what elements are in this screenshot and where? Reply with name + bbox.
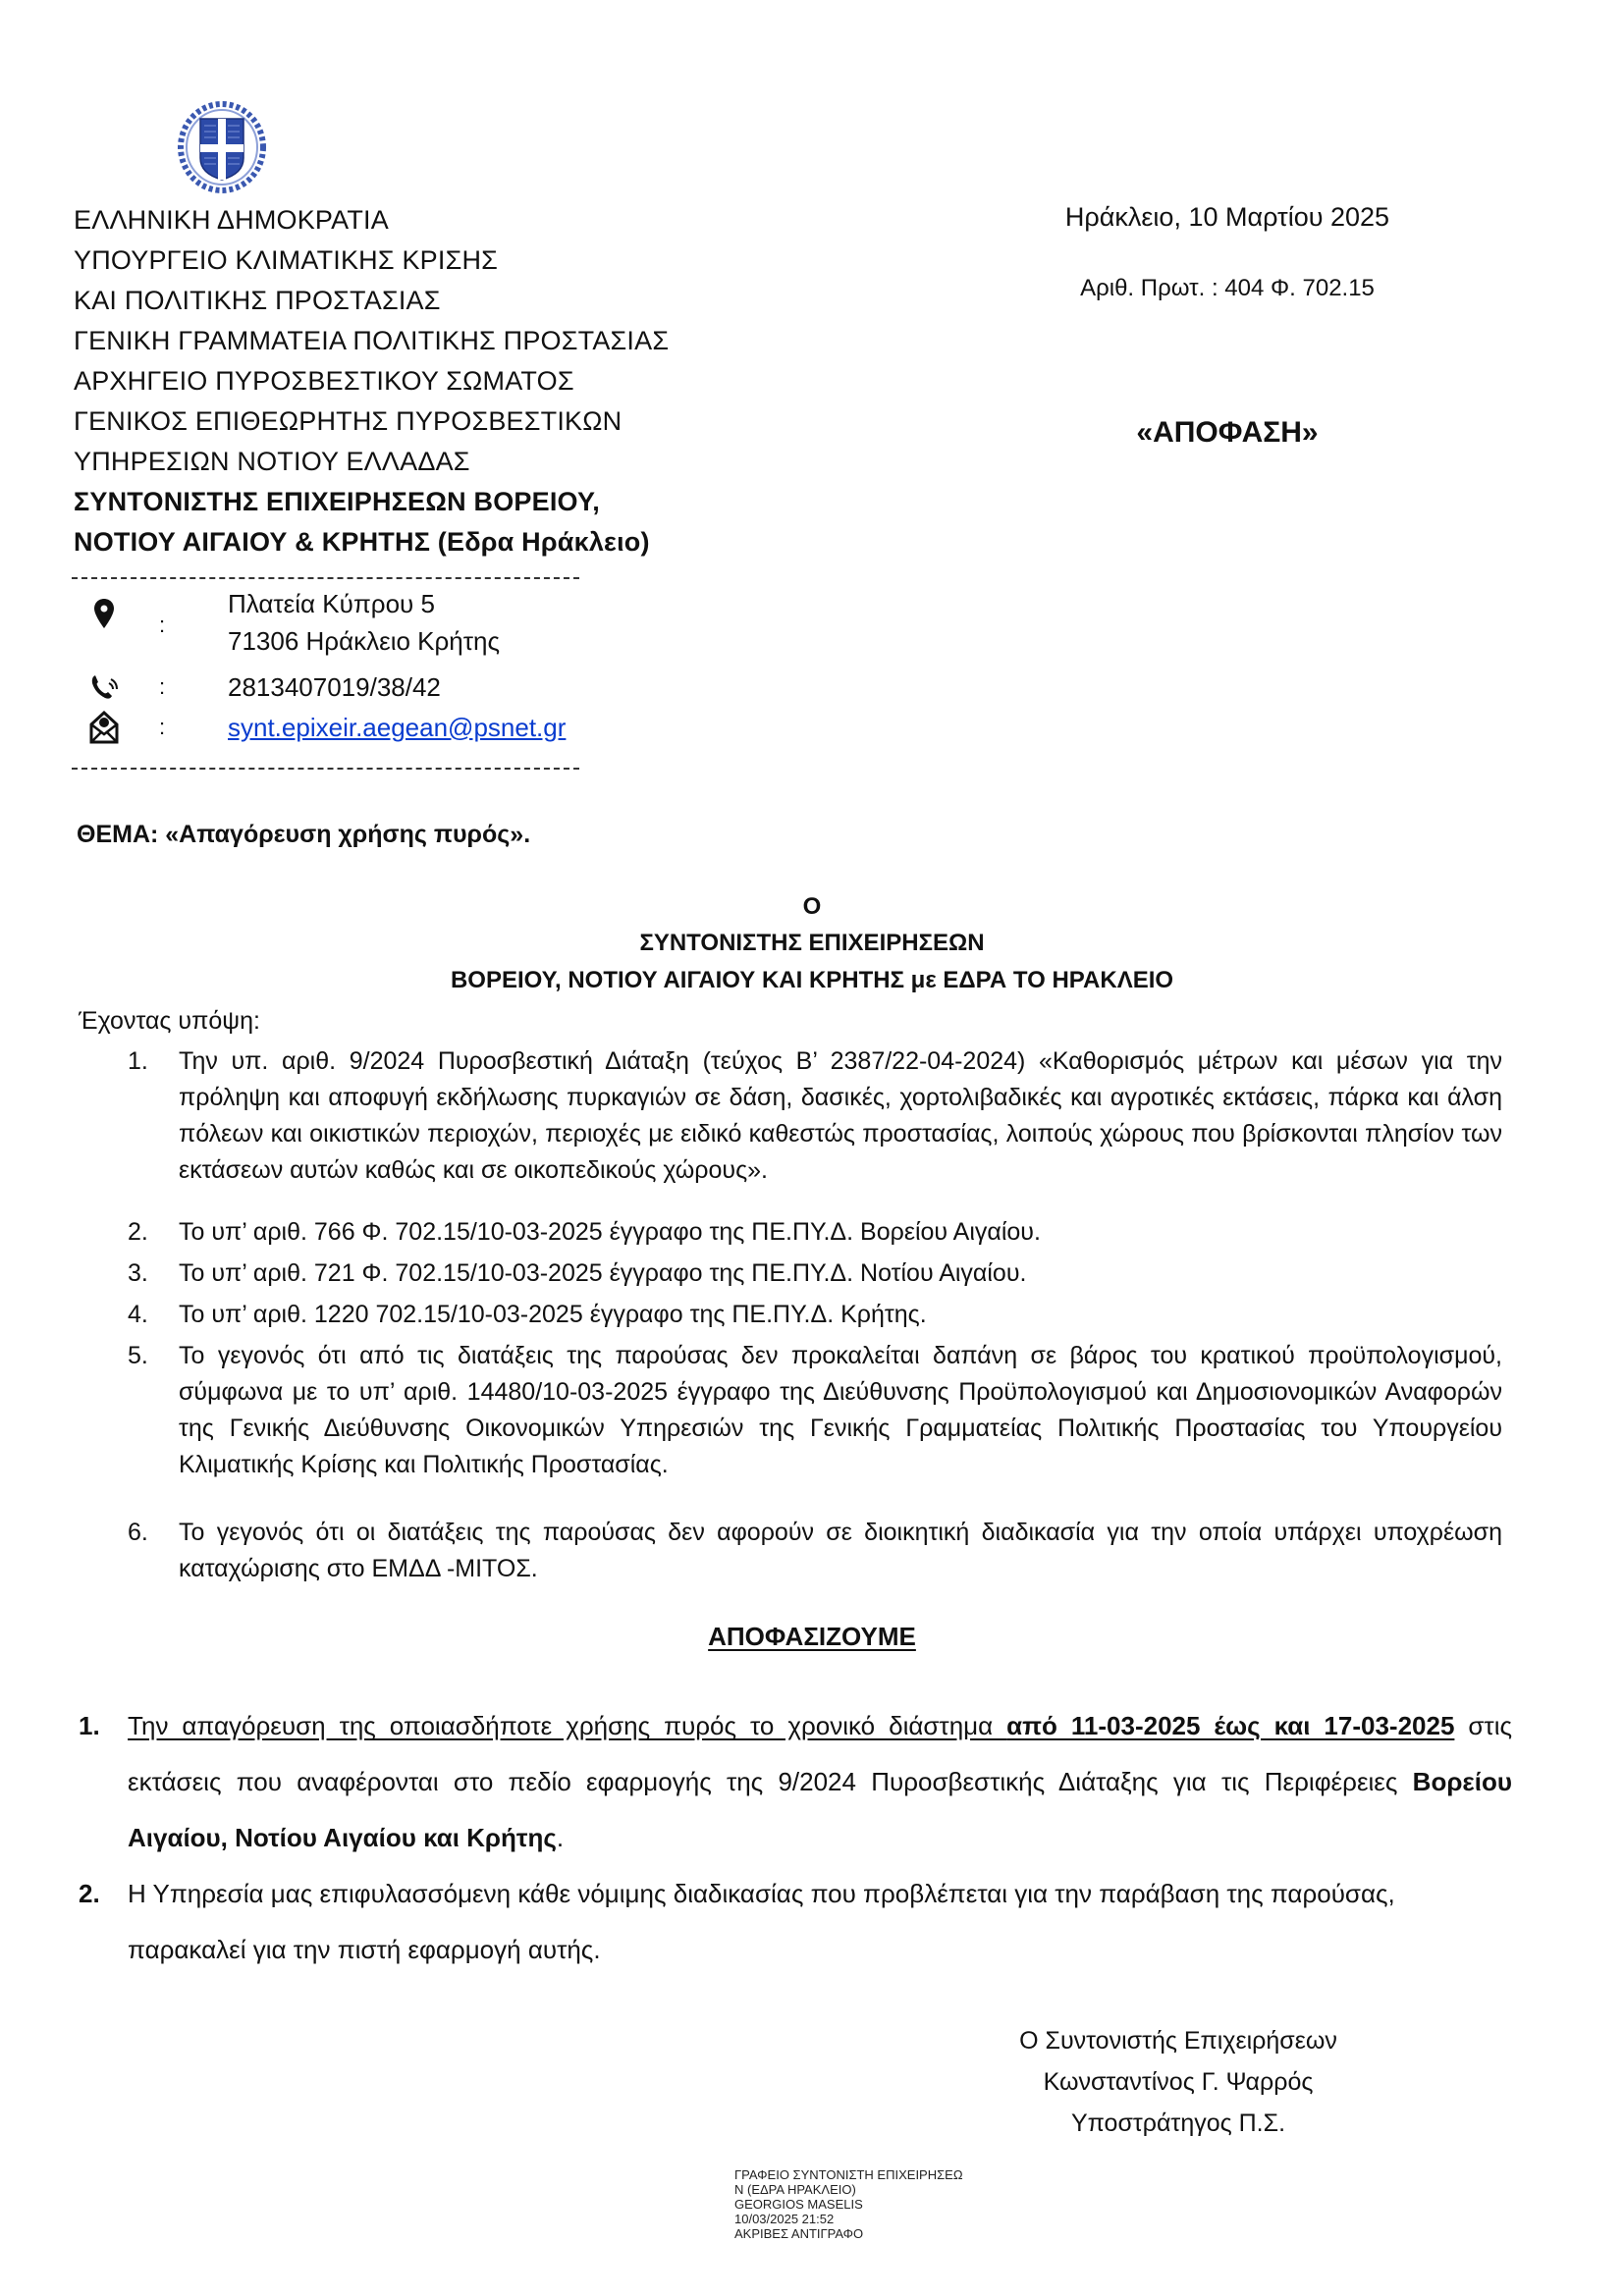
header-line: ΓΕΝΙΚΗ ΓΡΑΜΜΑΤΕΙΑ ΠΟΛΙΤΙΚΗΣ ΠΡΟΣΤΑΣΙΑΣ bbox=[74, 321, 669, 361]
list-text: Το υπ’ αριθ. 721 Φ. 702.15/10-03-2025 έγ… bbox=[179, 1255, 1502, 1292]
list-item: 4. Το υπ’ αριθ. 1220 702.15/10-03-2025 έ… bbox=[128, 1297, 1502, 1333]
subject-line: ΘΕΜΑ: «Απαγόρευση χρήσης πυρός». bbox=[77, 821, 530, 849]
list-number: 2. bbox=[128, 1214, 179, 1251]
address-line: Πλατεία Κύπρου 5 bbox=[228, 585, 500, 622]
considering-label: Έχοντας υπόψη: bbox=[79, 1003, 260, 1040]
list-item: 5. Το γεγονός ότι από τις διατάξεις της … bbox=[128, 1338, 1502, 1483]
list-text: Την υπ. αριθ. 9/2024 Πυροσβεστική Διάταξ… bbox=[179, 1043, 1502, 1189]
header-line: ΥΠΟΥΡΓΕΙΟ ΚΛΙΜΑΤΙΚΗΣ ΚΡΙΣΗΣ bbox=[74, 240, 669, 281]
phone-icon bbox=[88, 671, 120, 703]
protocol-number: Αριθ. Πρωτ. : 404 Φ. 702.15 bbox=[952, 275, 1502, 302]
list-text: Το υπ’ αριθ. 766 Φ. 702.15/10-03-2025 έγ… bbox=[179, 1214, 1502, 1251]
signature-block: Ο Συντονιστής Επιχειρήσεων Κωνσταντίνος … bbox=[943, 2020, 1414, 2144]
list-number: 5. bbox=[128, 1338, 179, 1483]
header-bold-line: ΣΥΝΤΟΝΙΣΤΗΣ ΕΠΙΧΕΙΡΗΣΕΩΝ ΒΟΡΕΙΟΥ, bbox=[74, 482, 669, 522]
phone-number: 2813407019/38/42 bbox=[228, 672, 441, 703]
contact-separator: : bbox=[159, 613, 198, 638]
email-row: : synt.epixeir.aegean@psnet.gr bbox=[88, 709, 566, 746]
issuer-line: ΒΟΡΕΙΟΥ, ΝΟΤΙΟΥ ΑΙΓΑΙΟΥ ΚΑΙ ΚΡΗΤΗΣ με ΕΔ… bbox=[0, 967, 1624, 994]
decision-heading: ΑΠΟΦΑΣΙΖΟΥΜΕ bbox=[0, 1622, 1624, 1652]
decision-text: Η Υπηρεσία μας επιφυλασσόμενη κάθε νόμιμ… bbox=[128, 1866, 1512, 1978]
decision-number: 1. bbox=[79, 1698, 128, 1866]
stamp-line: Ν (ΕΔΡΑ ΗΡΑΚΛΕΙΟ) bbox=[734, 2182, 963, 2197]
list-number: 4. bbox=[128, 1297, 179, 1333]
decision-number: 2. bbox=[79, 1866, 128, 1978]
address-line: 71306 Ηράκλειο Κρήτης bbox=[228, 622, 500, 660]
list-item: 1. Την υπ. αριθ. 9/2024 Πυροσβεστική Διά… bbox=[128, 1043, 1502, 1189]
digital-signature-stamp: ΓΡΑΦΕΙΟ ΣΥΝΤΟΝΙΣΤΗ ΕΠΙΧΕΙΡΗΣΕΩ Ν (ΕΔΡΑ Η… bbox=[734, 2167, 963, 2241]
header-line: ΥΠΗΡΕΣΙΩΝ ΝΟΤΙΟΥ ΕΛΛΑΔΑΣ bbox=[74, 442, 669, 482]
separator-line bbox=[72, 768, 579, 770]
issuing-authority-header: ΕΛΛΗΝΙΚΗ ΔΗΜΟΚΡΑΤΙΑ ΥΠΟΥΡΓΕΙΟ ΚΛΙΜΑΤΙΚΗΣ… bbox=[74, 200, 669, 562]
header-line: ΑΡΧΗΓΕΙΟ ΠΥΡΟΣΒΕΣΤΙΚΟΥ ΣΩΜΑΤΟΣ bbox=[74, 361, 669, 401]
issuer-line: ΣΥΝΤΟΝΙΣΤΗΣ ΕΠΙΧΕΙΡΗΣΕΩΝ bbox=[0, 930, 1624, 957]
contact-separator: : bbox=[159, 715, 198, 740]
ban-period: από 11-03-2025 έως και 17-03-2025 bbox=[1006, 1711, 1454, 1740]
signatory-title: Ο Συντονιστής Επιχειρήσεων bbox=[943, 2020, 1414, 2061]
list-item: 3. Το υπ’ αριθ. 721 Φ. 702.15/10-03-2025… bbox=[128, 1255, 1502, 1292]
list-number: 1. bbox=[128, 1043, 179, 1189]
place-date: Ηράκλειο, 10 Μαρτίου 2025 bbox=[952, 202, 1502, 233]
list-number: 3. bbox=[128, 1255, 179, 1292]
issuer-line: Ο bbox=[0, 893, 1624, 921]
stamp-line: 10/03/2025 21:52 bbox=[734, 2212, 963, 2226]
list-text: Το γεγονός ότι από τις διατάξεις της παρ… bbox=[179, 1338, 1502, 1483]
decision-item: 1. Την απαγόρευση της οποιασδήποτε χρήση… bbox=[79, 1698, 1512, 1866]
header-line: ΚΑΙ ΠΟΛΙΤΙΚΗΣ ΠΡΟΣΤΑΣΙΑΣ bbox=[74, 281, 669, 321]
header-line: ΕΛΛΗΝΙΚΗ ΔΗΜΟΚΡΑΤΙΑ bbox=[74, 200, 669, 240]
stamp-line: GEORGIOS MASELIS bbox=[734, 2197, 963, 2212]
address-row: : Πλατεία Κύπρου 5 71306 Ηράκλειο Κρήτης bbox=[88, 595, 500, 632]
list-text: Το γεγονός ότι οι διατάξεις της παρούσας… bbox=[179, 1515, 1502, 1587]
stamp-line: ΓΡΑΦΕΙΟ ΣΥΝΤΟΝΙΣΤΗ ΕΠΙΧΕΙΡΗΣΕΩ bbox=[734, 2167, 963, 2182]
signatory-rank: Υποστράτηγος Π.Σ. bbox=[943, 2103, 1414, 2144]
list-number: 6. bbox=[128, 1515, 179, 1587]
list-text: Το υπ’ αριθ. 1220 702.15/10-03-2025 έγγρ… bbox=[179, 1297, 1502, 1333]
email-link[interactable]: synt.epixeir.aegean@psnet.gr bbox=[228, 713, 566, 743]
header-line: ΓΕΝΙΚΟΣ ΕΠΙΘΕΩΡΗΤΗΣ ΠΥΡΟΣΒΕΣΤΙΚΩΝ bbox=[74, 401, 669, 442]
list-item: 6. Το γεγονός ότι οι διατάξεις της παρού… bbox=[128, 1515, 1502, 1587]
document-type-title: «ΑΠΟΦΑΣΗ» bbox=[952, 416, 1502, 450]
signatory-name: Κωνσταντίνος Γ. Ψαρρός bbox=[943, 2061, 1414, 2103]
phone-row: : 2813407019/38/42 bbox=[88, 668, 441, 706]
greek-coat-of-arms-emblem bbox=[177, 101, 267, 193]
decision-item: 2. Η Υπηρεσία μας επιφυλασσόμενη κάθε νό… bbox=[79, 1866, 1512, 1978]
decision-text: Την απαγόρευση της οποιασδήποτε χρήσης π… bbox=[128, 1698, 1512, 1866]
map-pin-icon bbox=[88, 598, 120, 629]
stamp-line: ΑΚΡΙΒΕΣ ΑΝΤΙΓΡΑΦΟ bbox=[734, 2226, 963, 2241]
envelope-icon bbox=[88, 712, 120, 743]
contact-separator: : bbox=[159, 674, 198, 700]
list-item: 2. Το υπ’ αριθ. 766 Φ. 702.15/10-03-2025… bbox=[128, 1214, 1502, 1251]
separator-line bbox=[72, 577, 579, 579]
header-bold-line: ΝΟΤΙΟΥ ΑΙΓΑΙΟΥ & ΚΡΗΤΗΣ (Εδρα Ηράκλειο) bbox=[74, 522, 669, 562]
